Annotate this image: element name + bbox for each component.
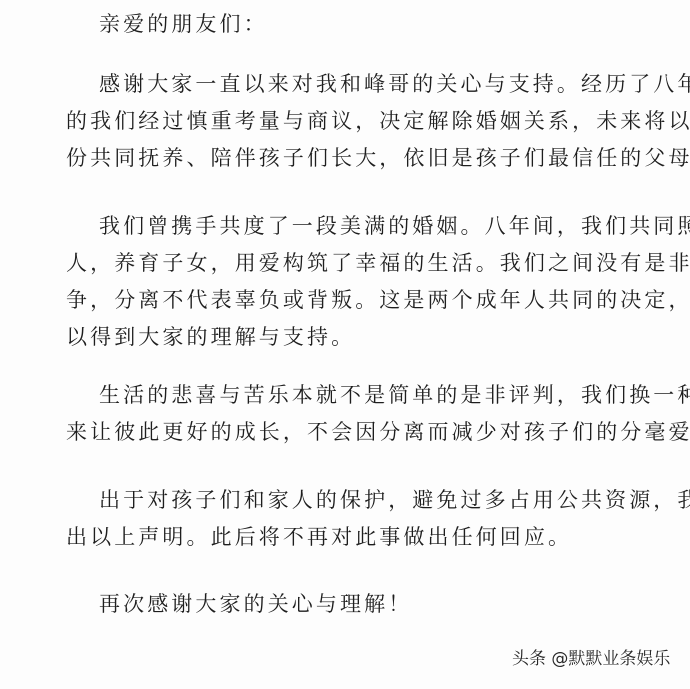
paragraph-line: 份共同抚养、陪伴孩子们长大，依旧是孩子们最信任的父母。 [66, 146, 626, 170]
paragraph-line: 以得到大家的理解与支持。 [66, 325, 626, 349]
salutation: 亲爱的朋友们： [99, 12, 659, 36]
paragraph-line: 感谢大家一直以来对我和峰哥的关心与支持。经历了八年婚姻 [99, 72, 659, 96]
source-watermark: 头条 @默默业条娱乐 [512, 649, 670, 669]
paragraph-line: 争，分离不代表辜负或背叛。这是两个成年人共同的决定，希望可 [66, 288, 626, 312]
paragraph-line: 人，养育子女，用爱构筑了幸福的生活。我们之间没有是非对错之 [66, 251, 626, 275]
paragraph-line: 生活的悲喜与苦乐本就不是简单的是非评判，我们换一种方式 [99, 383, 659, 407]
paragraph-line: 出以上声明。此后将不再对此事做出任何回应。 [66, 525, 626, 549]
paragraph-line: 我们曾携手共度了一段美满的婚姻。八年间，我们共同照顾家 [99, 214, 659, 238]
paragraph-line: 出于对孩子们和家人的保护，避免过多占用公共资源，我们做 [99, 488, 659, 512]
paragraph-line: 的我们经过慎重考量与商议，决定解除婚姻关系，未来将以亲人身 [66, 109, 626, 133]
paragraph-line: 来让彼此更好的成长，不会因分离而减少对孩子们的分毫爱意。 [66, 420, 626, 444]
statement-page: 亲爱的朋友们： 感谢大家一直以来对我和峰哥的关心与支持。经历了八年婚姻 的我们经… [0, 0, 690, 689]
paragraph-line: 再次感谢大家的关心与理解！ [99, 592, 659, 616]
